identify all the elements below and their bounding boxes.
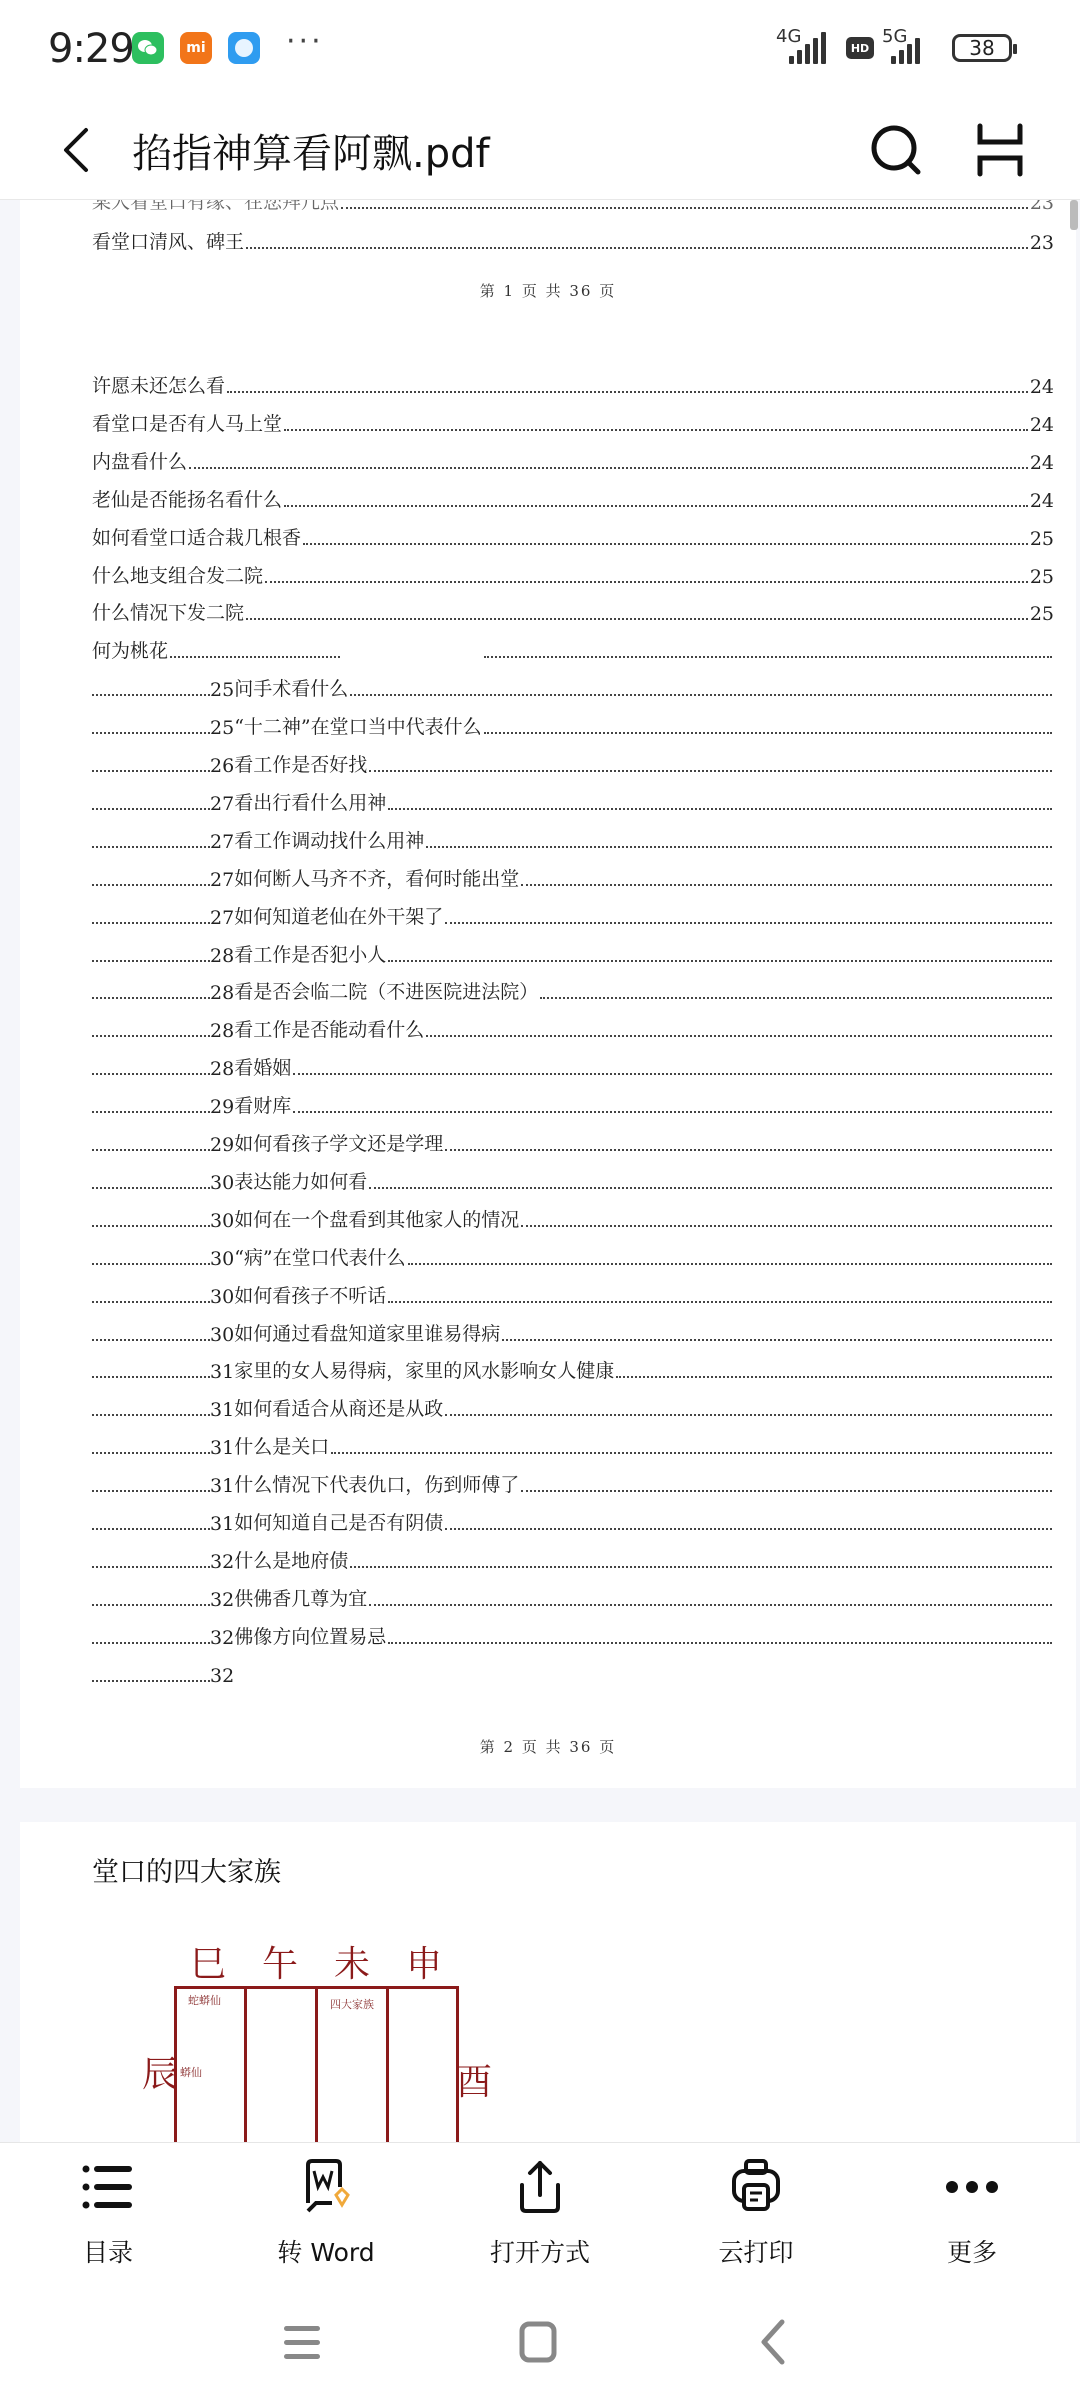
back-button[interactable] — [54, 120, 104, 180]
app-bar: 掐指神算看阿飘.pdf — [0, 100, 1080, 200]
toc-entry[interactable]: 27如何知道老仙在外干架了 — [92, 899, 1054, 929]
toc-entry[interactable]: 看堂口清风、碑王 23 — [92, 224, 1054, 254]
page-footer: 第 2 页 共 36 页 — [20, 1736, 1076, 1757]
menu-icon — [272, 2312, 332, 2372]
toc-entry[interactable]: 29看财库 — [92, 1088, 1054, 1118]
convert-word-button[interactable]: 转 Word — [246, 2157, 406, 2277]
toc-entry[interactable]: 30如何通过看盘知道家里谁易得病 — [92, 1316, 1054, 1346]
printer-icon — [726, 2157, 786, 2217]
toc-entry[interactable]: 30如何看孩子不听话 — [92, 1278, 1054, 1308]
pdf-viewer[interactable]: 某人看堂口有缘、在您拜几点 23 看堂口清风、碑王 23 第 1 页 共 36 … — [0, 200, 1080, 2142]
toc-entry[interactable]: 29如何看孩子学文还是学理 — [92, 1126, 1054, 1156]
status-time: 9:29 — [48, 26, 134, 72]
battery-icon: 38 — [952, 34, 1012, 62]
back-icon — [744, 2312, 804, 2372]
document-title: 掐指神算看阿飘.pdf — [132, 122, 490, 179]
reading-mode-button[interactable] — [970, 120, 1030, 180]
system-nav-bar — [0, 2282, 1080, 2400]
toc-entry[interactable]: 28看婚姻 — [92, 1050, 1054, 1080]
list-icon — [78, 2157, 138, 2217]
toc-entry[interactable]: 28看是否会临二院（不进医院进法院） — [92, 974, 1054, 1004]
toc-entry[interactable]: 31什么是关口 — [92, 1429, 1054, 1459]
toc-entry[interactable]: 什么地支组合发二院25 — [92, 558, 1054, 588]
message-icon — [228, 32, 260, 64]
toc-entry[interactable]: 30如何在一个盘看到其他家人的情况 — [92, 1202, 1054, 1232]
more-icon — [942, 2157, 1002, 2217]
branch-wu: 午 — [262, 1936, 298, 1987]
toc-button[interactable]: 目录 — [28, 2157, 188, 2277]
toc-entry-split[interactable]: 何为桃花 — [92, 633, 1054, 663]
section-heading: 堂口的四大家族 — [92, 1850, 281, 1889]
toc-entry[interactable]: 31家里的女人易得病，家里的风水影响女人健康 — [92, 1353, 1054, 1383]
toc-entry[interactable]: 如何看堂口适合栽几根香25 — [92, 520, 1054, 550]
nav-back-button[interactable] — [744, 2312, 804, 2372]
search-icon — [866, 120, 926, 180]
toc-entry[interactable]: 32 — [92, 1657, 1054, 1687]
signal-5g-icon: 5G — [882, 28, 942, 64]
branch-wei: 未 — [334, 1936, 370, 1987]
more-button[interactable]: 更多 — [892, 2157, 1052, 2277]
toc-entry[interactable]: 26看工作是否好找 — [92, 747, 1054, 777]
toc-entry[interactable]: 25“十二神”在堂口当中代表什么 — [92, 709, 1054, 739]
convert-word-icon — [296, 2157, 356, 2217]
toc-entry[interactable]: 什么情况下发二院25 — [92, 595, 1054, 625]
toc-entry[interactable]: 32什么是地府债 — [92, 1543, 1054, 1573]
pdf-page-2: 许愿未还怎么看24看堂口是否有人马上堂24内盘看什么24老仙是否能扬名看什么24… — [20, 348, 1076, 1788]
home-icon — [508, 2312, 568, 2372]
mi-icon: mi — [180, 32, 212, 64]
recents-button[interactable] — [272, 2312, 332, 2372]
branch-chen: 辰 — [142, 2046, 178, 2097]
open-with-button[interactable]: 打开方式 — [460, 2157, 620, 2277]
toc-entry[interactable]: 许愿未还怎么看24 — [92, 368, 1054, 398]
toc-entry[interactable]: 看堂口是否有人马上堂24 — [92, 406, 1054, 436]
branch-you: 酉 — [456, 2054, 492, 2105]
toc-entry[interactable]: 内盘看什么24 — [92, 444, 1054, 474]
scrollbar-thumb[interactable] — [1070, 200, 1078, 230]
pdf-page-3: 堂口的四大家族 巳 午 未 申 辰 卯 酉 戌 蛇蟒仙 四大家族 蟒仙 黄仙，也… — [20, 1822, 1076, 2142]
toc-entry-cut[interactable]: 某人看堂口有缘、在您拜几点 23 — [92, 200, 1054, 214]
toc-entry[interactable]: 31如何看适合从商还是从政 — [92, 1391, 1054, 1421]
four-families-diagram: 巳 午 未 申 辰 卯 酉 戌 蛇蟒仙 四大家族 蟒仙 黄仙，也代表刺猬 — [90, 1906, 490, 2142]
wechat-icon — [132, 32, 164, 64]
branch-shen: 申 — [406, 1936, 442, 1987]
chevron-left-icon — [54, 120, 104, 180]
toc-entry[interactable]: 27看工作调动找什么用神 — [92, 823, 1054, 853]
page-footer: 第 1 页 共 36 页 — [20, 280, 1076, 301]
bottom-toolbar: 目录 转 Word 打开方式 云打印 更多 — [0, 2142, 1080, 2282]
reading-mode-icon — [970, 120, 1030, 180]
home-button[interactable] — [508, 2312, 568, 2372]
share-icon — [510, 2157, 570, 2217]
branch-si: 巳 — [190, 1936, 226, 1987]
toc-entry[interactable]: 27看出行看什么用神 — [92, 785, 1054, 815]
search-button[interactable] — [866, 120, 926, 180]
toc-entry[interactable]: 老仙是否能扬名看什么24 — [92, 482, 1054, 512]
toc-entry[interactable]: 31什么情况下代表仇口，伤到师傅了 — [92, 1467, 1054, 1497]
cloud-print-button[interactable]: 云打印 — [676, 2157, 836, 2277]
toc-entry[interactable]: 32佛像方向位置易忌 — [92, 1619, 1054, 1649]
toc-entry[interactable]: 31如何知道自己是否有阴债 — [92, 1505, 1054, 1535]
toc-entry[interactable]: 25问手术看什么 — [92, 671, 1054, 701]
toc-entry[interactable]: 28看工作是否犯小人 — [92, 937, 1054, 967]
battery-level: 38 — [969, 36, 994, 60]
toc-entry[interactable]: 30表达能力如何看 — [92, 1164, 1054, 1194]
status-bar: 9:29 mi ··· 4G HD 5G 38 — [0, 0, 1080, 100]
more-notifications-icon: ··· — [286, 24, 324, 59]
hd-badge: HD — [846, 37, 874, 59]
toc-entry[interactable]: 27如何断人马齐不齐，看何时能出堂 — [92, 861, 1054, 891]
toc-entry[interactable]: 28看工作是否能动看什么 — [92, 1012, 1054, 1042]
toc-entry[interactable]: 32供佛香几尊为宜 — [92, 1581, 1054, 1611]
signal-4g-icon: 4G — [776, 28, 836, 64]
toc-entry[interactable]: 30“病”在堂口代表什么 — [92, 1240, 1054, 1270]
